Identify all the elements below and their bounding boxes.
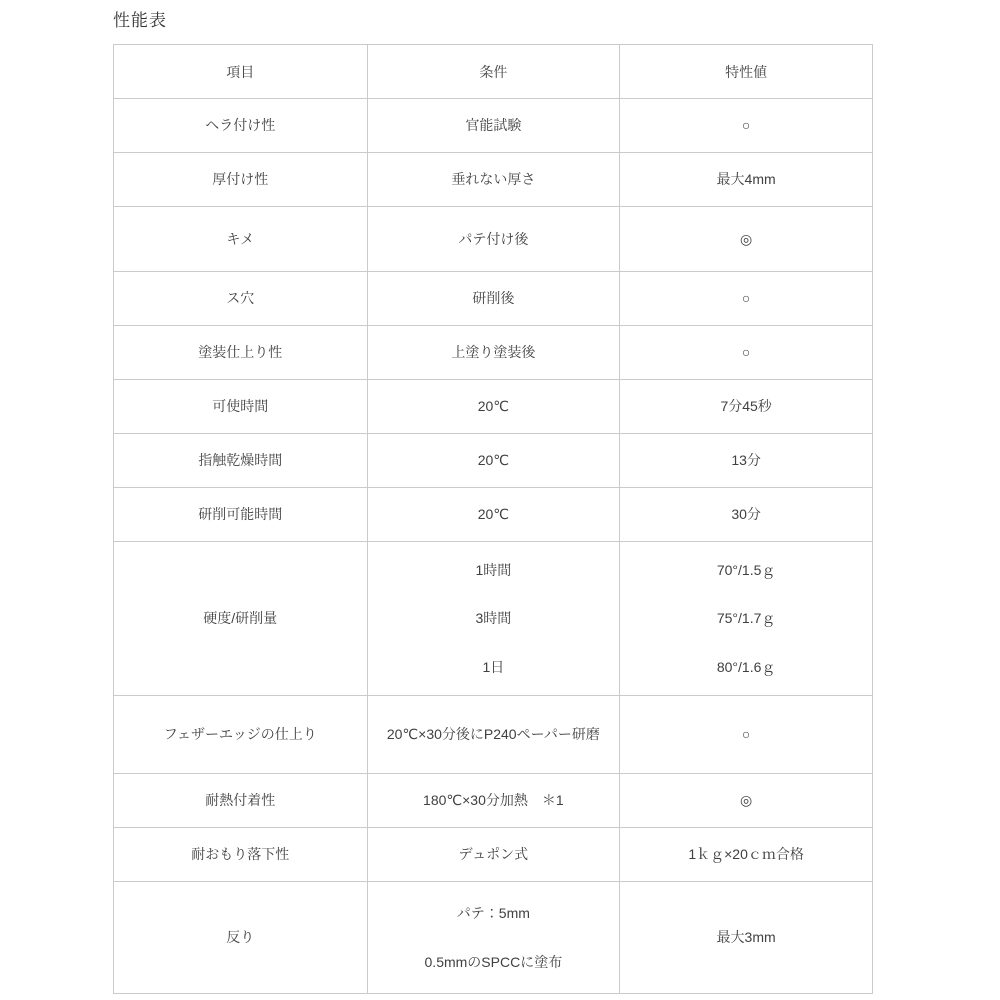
table-cell-item: 可使時間: [114, 380, 368, 434]
table-cell-item: 反り: [114, 882, 368, 994]
cell-text: 13分: [630, 447, 862, 474]
cell-text: 最大4mm: [630, 166, 862, 193]
table-cell-value: 30分: [620, 488, 873, 542]
table-row: 研削可能時間20℃30分: [114, 488, 873, 542]
cell-text: 指触乾燥時間: [124, 447, 357, 474]
table-cell-item: 耐熱付着性: [114, 774, 368, 828]
table-row: フェザーエッジの仕上り20℃×30分後にP240ペーパー研磨○: [114, 696, 873, 774]
cell-text: 80°/1.6ｇ: [630, 654, 862, 681]
cell-text: フェザーエッジの仕上り: [124, 721, 357, 748]
performance-table: 項目 条件 特性値 ヘラ付け性官能試験○厚付け性垂れない厚さ最大4mmキメパテ付…: [113, 44, 873, 994]
cell-text: 官能試験: [378, 112, 610, 139]
cell-text: 20℃: [378, 447, 610, 474]
table-cell-value: ◎: [620, 207, 873, 272]
table-body: ヘラ付け性官能試験○厚付け性垂れない厚さ最大4mmキメパテ付け後◎ス穴研削後○塗…: [114, 99, 873, 994]
cell-text: 耐熱付着性: [124, 787, 357, 814]
cell-text: 硬度/研削量: [124, 605, 357, 632]
table-cell-condition: デュポン式: [367, 828, 620, 882]
column-header-value: 特性値: [620, 45, 873, 99]
table-row: 硬度/研削量1時間3時間1日70°/1.5ｇ75°/1.7ｇ80°/1.6ｇ: [114, 542, 873, 696]
cell-text: 20℃: [378, 393, 610, 420]
cell-text: パテ付け後: [378, 226, 610, 253]
cell-text: 研削可能時間: [124, 501, 357, 528]
cell-text: ヘラ付け性: [124, 112, 357, 139]
table-cell-value: ○: [620, 696, 873, 774]
table-row: ス穴研削後○: [114, 272, 873, 326]
cell-text: 1ｋｇ×20ｃｍ合格: [630, 841, 862, 868]
table-cell-value: ○: [620, 326, 873, 380]
table-cell-value: ○: [620, 99, 873, 153]
cell-text: 20℃×30分後にP240ペーパー研磨: [378, 721, 610, 748]
table-cell-condition: 180℃×30分加熱 ＊1: [367, 774, 620, 828]
cell-text: 塗装仕上り性: [124, 339, 357, 366]
table-cell-value: 7分45秒: [620, 380, 873, 434]
table-header: 項目 条件 特性値: [114, 45, 873, 99]
table-cell-condition: パテ：5mm0.5mmのSPCCに塗布: [367, 882, 620, 994]
cell-text: 3時間: [378, 605, 610, 632]
column-header-condition: 条件: [367, 45, 620, 99]
table-row: 可使時間20℃7分45秒: [114, 380, 873, 434]
table-cell-value: 最大4mm: [620, 153, 873, 207]
table-row: ヘラ付け性官能試験○: [114, 99, 873, 153]
table-cell-condition: 官能試験: [367, 99, 620, 153]
table-cell-condition: 上塗り塗装後: [367, 326, 620, 380]
table-cell-value: 13分: [620, 434, 873, 488]
cell-text: 0.5mmのSPCCに塗布: [378, 949, 610, 976]
table-row: 指触乾燥時間20℃13分: [114, 434, 873, 488]
column-header-item: 項目: [114, 45, 368, 99]
cell-text: ◎: [630, 226, 862, 253]
table-cell-item: キメ: [114, 207, 368, 272]
table-row: 塗装仕上り性上塗り塗装後○: [114, 326, 873, 380]
cell-text: 厚付け性: [124, 166, 357, 193]
table-row: 耐熱付着性180℃×30分加熱 ＊1◎: [114, 774, 873, 828]
cell-text: 7分45秒: [630, 393, 862, 420]
table-cell-condition: 20℃: [367, 434, 620, 488]
cell-text: ○: [630, 339, 862, 366]
cell-text: 耐おもり落下性: [124, 841, 357, 868]
table-cell-item: 指触乾燥時間: [114, 434, 368, 488]
cell-text: ○: [630, 721, 862, 748]
cell-text: 研削後: [378, 285, 610, 312]
cell-text: 反り: [124, 924, 357, 951]
table-cell-item: 耐おもり落下性: [114, 828, 368, 882]
cell-text: 最大3mm: [630, 924, 862, 951]
table-cell-value: ○: [620, 272, 873, 326]
table-row: キメパテ付け後◎: [114, 207, 873, 272]
table-cell-value: 1ｋｇ×20ｃｍ合格: [620, 828, 873, 882]
cell-text: 20℃: [378, 501, 610, 528]
table-cell-value: ◎: [620, 774, 873, 828]
table-cell-value: 70°/1.5ｇ75°/1.7ｇ80°/1.6ｇ: [620, 542, 873, 696]
cell-text: 70°/1.5ｇ: [630, 557, 862, 584]
table-cell-item: フェザーエッジの仕上り: [114, 696, 368, 774]
cell-text: ス穴: [124, 285, 357, 312]
table-cell-condition: 20℃×30分後にP240ペーパー研磨: [367, 696, 620, 774]
cell-text: 180℃×30分加熱 ＊1: [378, 787, 610, 814]
table-cell-item: 研削可能時間: [114, 488, 368, 542]
cell-text: 30分: [630, 501, 862, 528]
table-cell-item: 硬度/研削量: [114, 542, 368, 696]
cell-text: 75°/1.7ｇ: [630, 605, 862, 632]
cell-text: 垂れない厚さ: [378, 166, 610, 193]
page-title: 性能表: [113, 6, 873, 31]
table-cell-item: 塗装仕上り性: [114, 326, 368, 380]
table-cell-condition: 1時間3時間1日: [367, 542, 620, 696]
table-cell-item: 厚付け性: [114, 153, 368, 207]
cell-text: 可使時間: [124, 393, 357, 420]
content-area: 性能表 項目 条件 特性値 ヘラ付け性官能試験○厚付け性垂れない厚さ最大4mmキ…: [113, 0, 873, 994]
table-cell-item: ヘラ付け性: [114, 99, 368, 153]
table-cell-condition: 20℃: [367, 380, 620, 434]
cell-text: デュポン式: [378, 841, 610, 868]
cell-text: ○: [630, 285, 862, 312]
table-cell-value: 最大3mm: [620, 882, 873, 994]
table-cell-item: ス穴: [114, 272, 368, 326]
cell-text: ○: [630, 112, 862, 139]
header-row: 項目 条件 特性値: [114, 45, 873, 99]
table-cell-condition: 垂れない厚さ: [367, 153, 620, 207]
cell-text: 上塗り塗装後: [378, 339, 610, 366]
table-row: 厚付け性垂れない厚さ最大4mm: [114, 153, 873, 207]
cell-text: 1時間: [378, 557, 610, 584]
page: 性能表 項目 条件 特性値 ヘラ付け性官能試験○厚付け性垂れない厚さ最大4mmキ…: [0, 0, 1000, 1000]
table-row: 耐おもり落下性デュポン式1ｋｇ×20ｃｍ合格: [114, 828, 873, 882]
table-cell-condition: 20℃: [367, 488, 620, 542]
table-cell-condition: パテ付け後: [367, 207, 620, 272]
cell-text: 1日: [378, 654, 610, 681]
cell-text: キメ: [124, 226, 357, 253]
cell-text: パテ：5mm: [378, 900, 610, 927]
cell-text: ◎: [630, 787, 862, 814]
table-row: 反りパテ：5mm0.5mmのSPCCに塗布最大3mm: [114, 882, 873, 994]
table-cell-condition: 研削後: [367, 272, 620, 326]
